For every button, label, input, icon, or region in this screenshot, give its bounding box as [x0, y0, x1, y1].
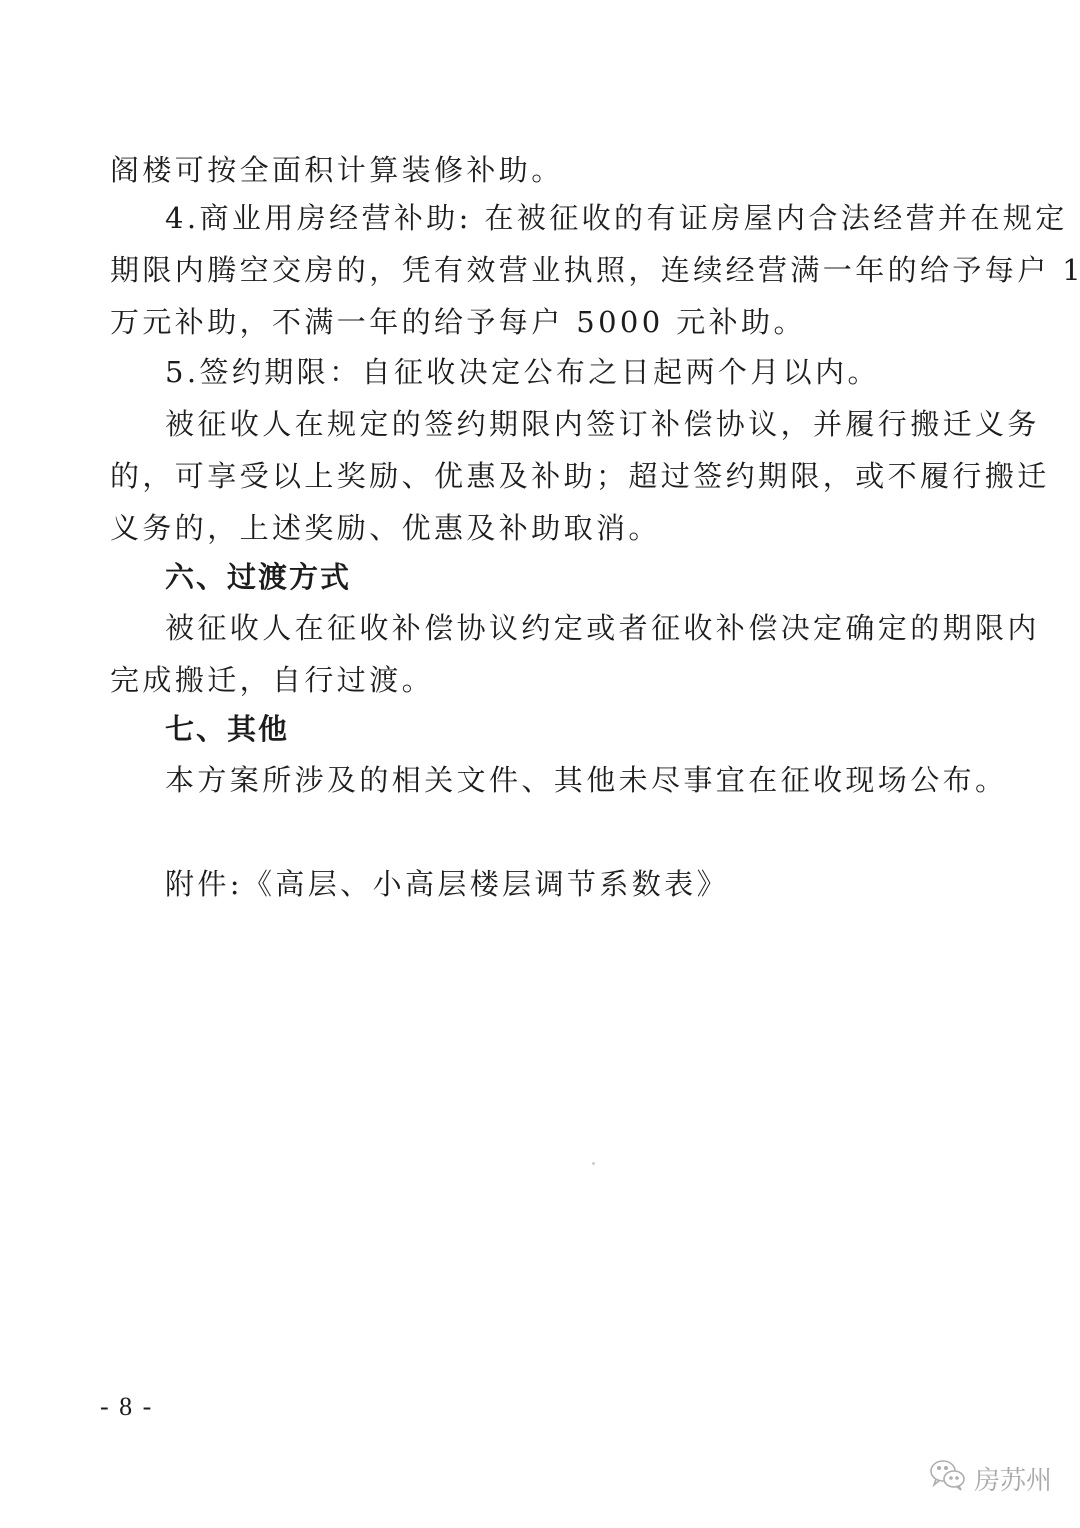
paragraph-line: 本方案所涉及的相关文件、其他未尽事宜在征收现场公布。 [165, 760, 970, 800]
section-heading: 七、其他 [165, 709, 970, 749]
paragraph-line: 4.商业用房经营补助: 在被征收的有证房屋内合法经营并在规定 [165, 198, 970, 238]
watermark-label: 房苏州 [974, 1460, 1052, 1497]
paragraph-line: 阁楼可按全面积计算装修补助。 [110, 150, 970, 190]
paragraph-line: 被征收人在规定的签约期限内签订补偿协议，并履行搬迁义务 [165, 404, 970, 444]
paragraph-line: 完成搬迁，自行过渡。 [110, 660, 970, 700]
paragraph-line: 期限内腾空交房的，凭有效营业执照，连续经营满一年的给予每户 1 [110, 250, 970, 290]
wechat-icon [928, 1458, 968, 1499]
paragraph-line: 被征收人在征收补偿协议约定或者征收补偿决定确定的期限内 [165, 608, 970, 648]
watermark: 房苏州 [928, 1458, 1052, 1499]
section-heading: 六、过渡方式 [165, 557, 970, 597]
page-number: - 8 - [100, 1392, 153, 1422]
document-page: 阁楼可按全面积计算装修补助。 4.商业用房经营补助: 在被征收的有证房屋内合法经… [0, 0, 1080, 1528]
paragraph-line: 万元补助，不满一年的给予每户 5000 元补助。 [110, 302, 970, 342]
paragraph-line: 的，可享受以上奖励、优惠及补助；超过签约期限，或不履行搬迁 [110, 456, 970, 496]
paragraph-line: 5.签约期限：自征收决定公布之日起两个月以内。 [165, 352, 970, 392]
scan-speck [592, 1162, 595, 1165]
paragraph-line: 义务的，上述奖励、优惠及补助取消。 [110, 508, 970, 548]
attachment-line: 附件:《高层、小高层楼层调节系数表》 [165, 864, 970, 904]
